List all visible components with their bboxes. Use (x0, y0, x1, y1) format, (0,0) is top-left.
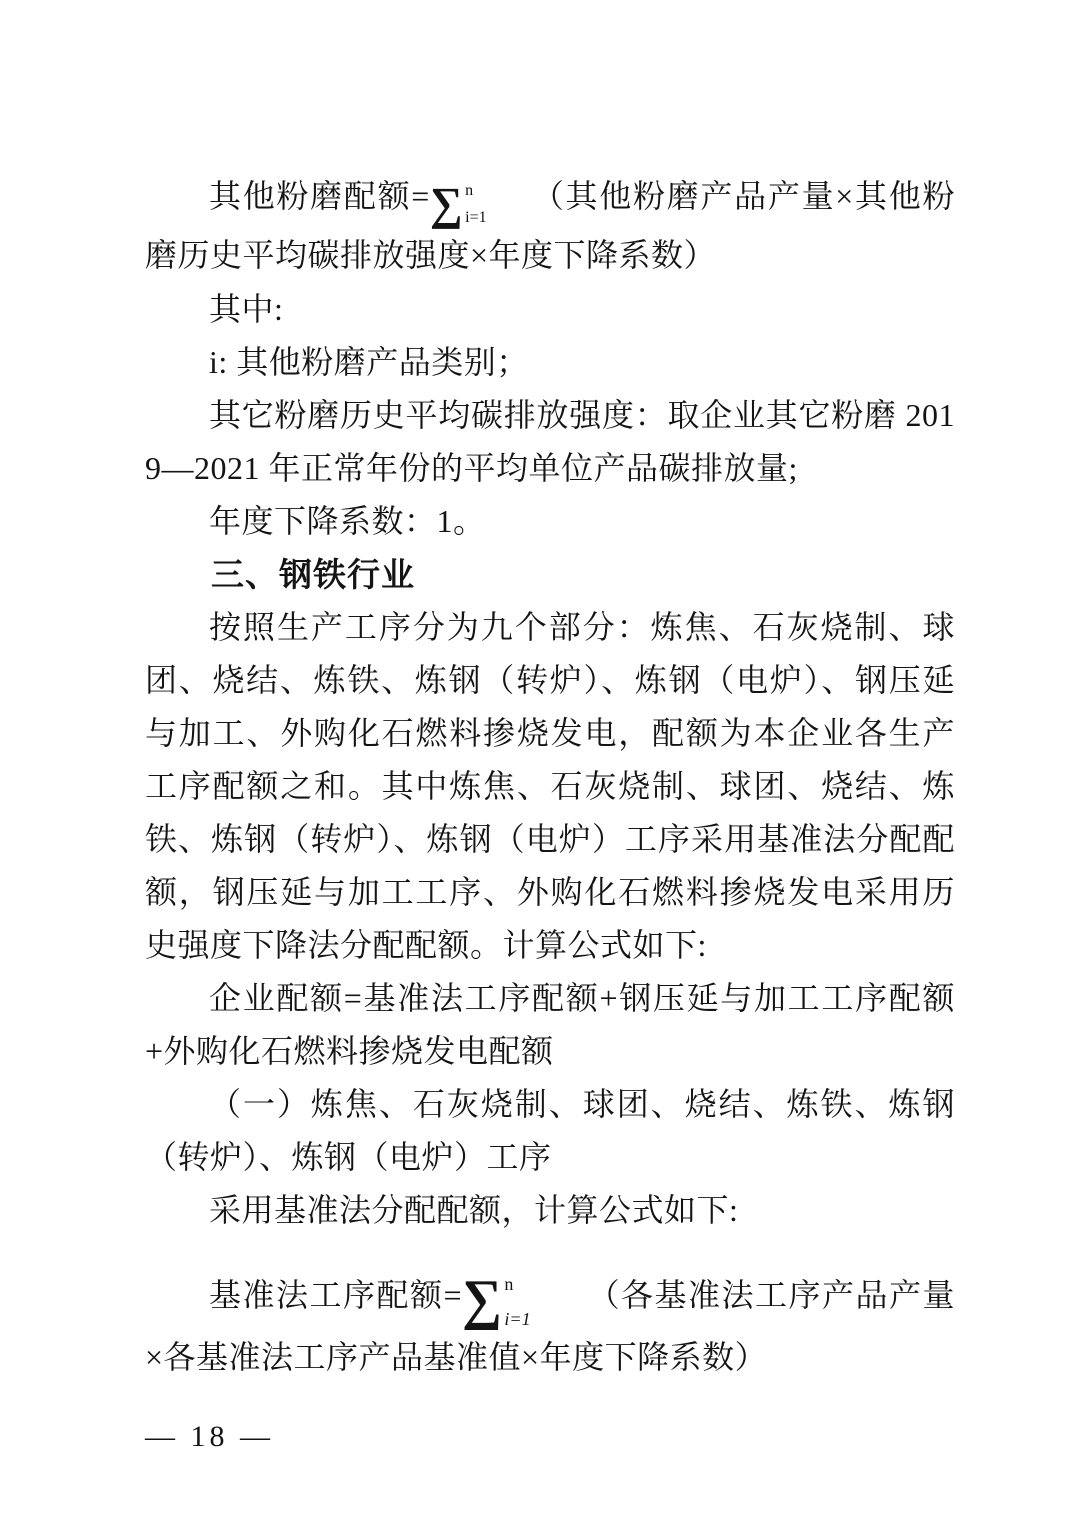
summation-upper-limit: n (504, 1275, 530, 1293)
sigma-glyph: ∑ (430, 181, 463, 227)
formula-prefix: 其他粉磨配额= (209, 178, 430, 214)
paragraph-history-intensity: 其它粉磨历史平均碳排放强度：取企业其它粉磨 2019—2021 年正常年份的平均… (145, 389, 955, 495)
document-page: 其他粉磨配额=∑ni=1（其他粉磨产品产量×其他粉磨历史平均碳排放强度×年度下降… (0, 0, 1080, 1527)
formula-benchmark-process-quota: 基准法工序配额=∑ni=1（各基准法工序产品产量×各基准法工序产品基准值×年度下… (145, 1267, 955, 1385)
section-heading-steel-industry: 三、钢铁行业 (145, 548, 955, 601)
sigma-glyph: ∑ (462, 1273, 502, 1327)
summation-lower-limit: i=1 (465, 210, 486, 226)
paragraph-nine-processes: 按照生产工序分为九个部分：炼焦、石灰烧制、球团、烧结、炼铁、炼钢（转炉）、炼钢（… (145, 601, 955, 972)
summation-symbol: ∑ni=1 (462, 1273, 531, 1329)
summation-lower-limit: i=1 (504, 1310, 530, 1328)
page-number: — 18 — (145, 1417, 955, 1457)
summation-symbol: ∑ni=1 (430, 181, 487, 227)
paragraph-benchmark-method: 采用基准法分配配额，计算公式如下: (145, 1184, 955, 1237)
summation-limits: ni=1 (502, 1273, 530, 1329)
summation-upper-limit: n (465, 183, 486, 199)
paragraph-i-definition: i: 其他粉磨产品类别； (145, 336, 955, 389)
formula-other-grinding-quota: 其他粉磨配额=∑ni=1（其他粉磨产品产量×其他粉磨历史平均碳排放强度×年度下降… (145, 168, 955, 283)
document-body: 其他粉磨配额=∑ni=1（其他粉磨产品产量×其他粉磨历史平均碳排放强度×年度下降… (145, 168, 955, 1457)
paragraph-among: 其中: (145, 283, 955, 336)
formula-prefix: 基准法工序配额= (209, 1277, 462, 1313)
summation-limits: ni=1 (463, 181, 486, 227)
paragraph-annual-decline-factor: 年度下降系数：1。 (145, 495, 955, 548)
paragraph-enterprise-quota-formula: 企业配额=基准法工序配额+钢压延与加工工序配额+外购化石燃料掺烧发电配额 (145, 972, 955, 1078)
paragraph-subsection-one: （一）炼焦、石灰烧制、球团、烧结、炼铁、炼钢（转炉）、炼钢（电炉）工序 (145, 1078, 955, 1184)
